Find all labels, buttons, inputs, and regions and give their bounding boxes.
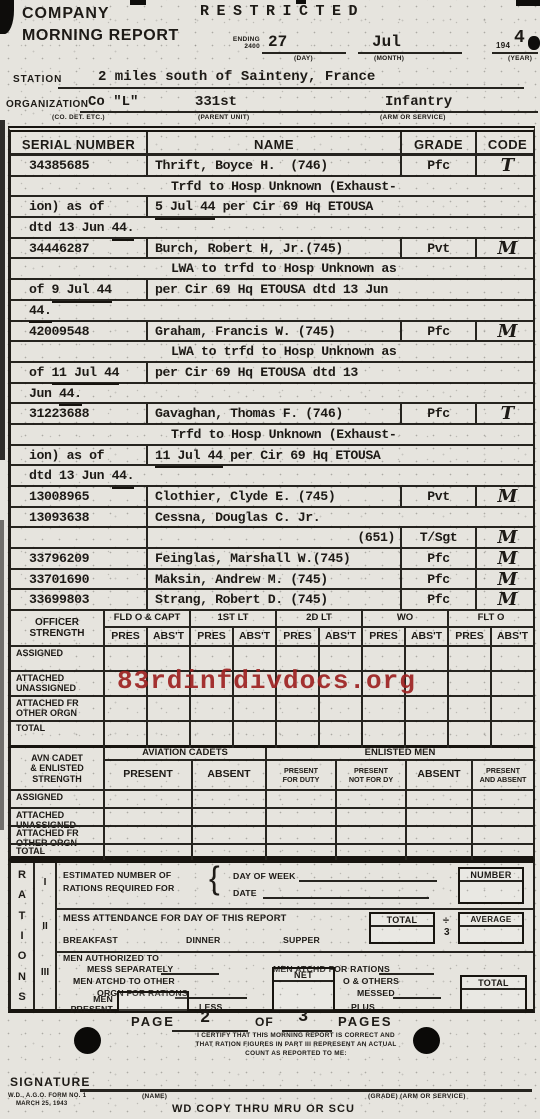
serial-cell: of 9 Jul 44 <box>11 280 146 301</box>
name-cell <box>146 384 400 405</box>
code-cell-handwritten: T <box>475 404 538 425</box>
name-cell: (651) <box>146 528 400 549</box>
mess-total-box-label: TOTAL <box>371 914 433 927</box>
form-number: W.D., A.G.O. FORM NO. 1 <box>8 1093 86 1099</box>
serial-cell: 33701690 <box>11 570 146 591</box>
roster-row: 42009548 Graham, Francis W. (745) Pfc M <box>11 322 533 343</box>
pres-abst-header: ABS'T <box>404 628 447 645</box>
blank-line <box>263 897 429 899</box>
strength-cell <box>447 645 490 670</box>
officer-strength-title: OFFICER STRENGTH <box>11 611 103 645</box>
year-line <box>492 52 538 54</box>
roster-row: 13008965 Clothier, Clyde E. (745) Pvt M <box>11 487 533 508</box>
grade-cell <box>400 384 475 405</box>
roster-row: 34385685 Thrift, Boyce H. (746) Pfc T <box>11 156 533 177</box>
form-title-line2: MORNING REPORT <box>22 27 179 45</box>
day-of-week-label: DAY OF WEEK <box>233 871 296 881</box>
strength-cell <box>405 825 471 843</box>
net-box: NET <box>272 967 335 1012</box>
underlined-date: 44. <box>112 466 135 489</box>
scan-edge-strip <box>0 120 5 460</box>
strength-cell <box>318 720 361 748</box>
brace-glyph: { <box>209 860 220 897</box>
strength-cell <box>405 807 471 825</box>
avn-enlisted-title: AVN CADET & ENLISTED STRENGTH <box>11 748 103 789</box>
serial-cell: ion) as of <box>11 446 146 467</box>
serial-cell: 33796209 <box>11 549 146 570</box>
name-cell: Graham, Francis W. (745) <box>146 322 400 343</box>
officer-group-header: WO <box>361 611 447 628</box>
serial-cell: ion) as of <box>11 197 146 218</box>
pres-abst-header: ABS'T <box>146 628 189 645</box>
grade-cell <box>400 177 475 198</box>
roster-row: ion) as of 5 Jul 44 per Cir 69 Hq ETOUSA <box>11 197 533 218</box>
morning-report-scan: COMPANY MORNING REPORT RESTRICTED ENDING… <box>0 0 540 1119</box>
rations-section: RATIONS I II III ESTIMATED NUMBER OF RAT… <box>8 860 535 1013</box>
name-text: Graham, Francis W. (745) <box>155 324 335 339</box>
code-cell-handwritten <box>475 342 538 363</box>
code-header: CODE <box>475 132 538 157</box>
serial-cell: Jun 44. <box>11 384 146 405</box>
code-cell-handwritten <box>475 508 538 529</box>
grade-arm-caption: (GRADE) (ARM OR SERVICE) <box>368 1093 466 1100</box>
strength-cell <box>103 843 191 860</box>
strength-cell <box>471 807 533 825</box>
signature-label: SIGNATURE <box>10 1075 91 1089</box>
serial-cell: 42009548 <box>11 322 146 343</box>
men-present-box <box>117 991 189 1013</box>
underlined-date: 5 Jul 44 <box>155 197 215 220</box>
strength-cell <box>490 645 533 670</box>
serial-cell <box>11 342 146 363</box>
code-cell-handwritten <box>475 197 538 218</box>
pres-abst-header: ABS'T <box>318 628 361 645</box>
strength-row-label: ASSIGNED <box>11 645 103 670</box>
watermark: 83rdinfdivdocs.org <box>117 666 416 696</box>
of-label: OF <box>255 1015 274 1029</box>
serial-cell: 13008965 <box>11 487 146 508</box>
name-cell: Trfd to Hosp Unknown (Exhaust- <box>146 425 400 446</box>
day-line <box>262 52 346 54</box>
strength-cell <box>335 789 405 807</box>
name-cell: Burch, Robert H, Jr.(745) <box>146 239 400 260</box>
strength-cell <box>103 695 146 720</box>
strength-cell <box>275 720 318 748</box>
officer-group-header: FLD O & CAPT <box>103 611 189 628</box>
men-present-label: MEN PRESENT <box>57 994 113 1014</box>
serial-text: 31223688 <box>29 406 89 421</box>
grade-cell: Pvt <box>400 487 475 508</box>
strength-cell <box>471 825 533 843</box>
organization-arm: Infantry <box>385 94 452 110</box>
grade-cell <box>400 446 475 467</box>
strength-cell <box>361 720 404 748</box>
name-header: NAME <box>146 132 400 157</box>
grade-cell: Pfc <box>400 156 475 177</box>
rations-letter: O <box>18 950 27 962</box>
name-cell: 5 Jul 44 per Cir 69 Hq ETOUSA <box>146 197 400 218</box>
strength-row-label: ATTACHED FR OTHER ORGN <box>11 825 103 843</box>
strength-cell <box>191 789 265 807</box>
part-three-numeral: III <box>35 967 55 978</box>
underlined-date: 44. <box>29 301 52 324</box>
men-atchd-to-other-label: MEN ATCHD TO OTHER <box>73 976 175 986</box>
roster-row: of 9 Jul 44 per Cir 69 Hq ETOUSA dtd 13 … <box>11 280 533 301</box>
signature-line <box>80 1089 532 1092</box>
code-cell-handwritten <box>475 446 538 467</box>
unit-caption: (CO. DET. ETC.) <box>52 114 105 121</box>
grade-cell: Pfc <box>400 322 475 343</box>
serial-cell: dtd 13 Jun 44. <box>11 466 146 487</box>
roster-rows: 34385685 Thrift, Boyce H. (746) Pfc T Tr… <box>11 156 533 611</box>
rations-letter: R <box>18 869 26 881</box>
scan-edge-strip <box>0 520 4 830</box>
serial-cell: 34385685 <box>11 156 146 177</box>
form-date: MARCH 25, 1943 <box>16 1101 68 1107</box>
rations-letter: I <box>20 930 23 942</box>
grade-header: GRADE <box>400 132 475 157</box>
presence-column-header: ABSENT <box>405 761 471 789</box>
part-two-numeral: II <box>35 921 55 932</box>
date-label: DATE <box>233 888 257 898</box>
strength-row-label: ATTACHED UNASSIGNED <box>11 670 103 695</box>
report-day: 27 <box>268 33 287 51</box>
name-cell <box>146 218 400 239</box>
strength-cell <box>490 670 533 695</box>
strength-cell <box>318 695 361 720</box>
divide-sign: ÷ <box>443 915 449 927</box>
strength-cell <box>471 789 533 807</box>
code-cell-handwritten: M <box>475 549 538 570</box>
rations-total-box-label: TOTAL <box>462 977 525 990</box>
scan-edge-blob <box>0 0 14 34</box>
code-cell-handwritten: M <box>475 322 538 343</box>
roster-row: 34446287 Burch, Robert H, Jr.(745) Pvt M <box>11 239 533 260</box>
serial-text: 33701690 <box>29 572 89 587</box>
grade-cell <box>400 342 475 363</box>
grade-cell <box>400 508 475 529</box>
serial-cell: 34446287 <box>11 239 146 260</box>
officer-group-header: 1ST LT <box>189 611 275 628</box>
strength-row-label: ATTACHED FR OTHER ORGN <box>11 695 103 720</box>
name-text: Strang, Robert D. (745) <box>155 592 328 607</box>
roster-row: of 11 Jul 44 per Cir 69 Hq ETOUSA dtd 13 <box>11 363 533 384</box>
mess-attendance-label: MESS ATTENDANCE FOR DAY OF THIS REPORT <box>63 913 287 923</box>
organization-parent-unit: 331st <box>195 94 237 110</box>
year-caption: (YEAR) <box>508 55 532 62</box>
mess-total-box: TOTAL <box>369 912 435 944</box>
strength-cell <box>490 720 533 748</box>
strength-cell <box>189 720 232 748</box>
rations-letter: A <box>18 889 26 901</box>
organization-unit: Co "L" <box>88 94 138 110</box>
serial-text: 42009548 <box>29 324 89 339</box>
code-cell-handwritten <box>475 280 538 301</box>
underlined-date: 11 Jul 44 <box>52 363 120 386</box>
strength-cell <box>490 695 533 720</box>
restricted-classification: RESTRICTED <box>200 3 365 20</box>
strength-cell <box>335 825 405 843</box>
rations-total-box: TOTAL <box>460 975 527 1012</box>
rations-letter: N <box>18 971 26 983</box>
strength-cell <box>405 789 471 807</box>
serial-cell: 44. <box>11 301 146 322</box>
name-cell: per Cir 69 Hq ETOUSA dtd 13 Jun <box>146 280 400 301</box>
pres-abst-header: ABS'T <box>232 628 275 645</box>
roster-row: 33796209 Feinglas, Marshall W.(745) Pfc … <box>11 549 533 570</box>
strength-cell <box>103 807 191 825</box>
name-text-after: per Cir 69 Hq ETOUSA <box>223 448 381 463</box>
roster-row: Trfd to Hosp Unknown (Exhaust- <box>11 177 533 198</box>
avn-group-header: AVIATION CADETS <box>103 748 265 761</box>
presence-column-header: PRESENT <box>103 761 191 789</box>
presence-column-header: ABSENT <box>191 761 265 789</box>
name-text: LWA to trfd to Hosp Unknown as <box>171 344 396 359</box>
roster-row: ion) as of 11 Jul 44 per Cir 69 Hq ETOUS… <box>11 446 533 467</box>
page-total: 3 <box>298 1008 308 1027</box>
ending-2400-label: ENDING 2400 <box>228 36 260 50</box>
name-text: Gavaghan, Thomas F. (746) <box>155 406 343 421</box>
strength-cell <box>146 720 189 748</box>
strength-row-label: TOTAL <box>11 843 103 860</box>
strength-cell <box>335 807 405 825</box>
average-box-label: AVERAGE <box>460 914 522 927</box>
serial-cell <box>11 528 146 549</box>
organization-line <box>80 111 538 113</box>
strength-cell <box>404 720 447 748</box>
grade-cell <box>400 466 475 487</box>
certify-line: I CERTIFY THAT THIS MORNING REPORT IS CO… <box>160 1031 432 1040</box>
code-cell-handwritten <box>475 466 538 487</box>
form-title-line1: COMPANY <box>22 5 110 23</box>
name-text-after: per Cir 69 Hq ETOUSA <box>215 199 373 214</box>
report-year-digit: 4 <box>514 28 525 48</box>
pages-label: PAGES <box>338 1014 393 1029</box>
presence-column-header: PRESENT NOT FOR DY <box>335 761 405 789</box>
roster-row: Trfd to Hosp Unknown (Exhaust- <box>11 425 533 446</box>
name-text: (651) <box>357 530 395 545</box>
serial-text: of <box>29 282 52 297</box>
name-cell: Thrift, Boyce H. (746) <box>146 156 400 177</box>
name-cell: Clothier, Clyde E. (745) <box>146 487 400 508</box>
month-caption: (MONTH) <box>374 55 404 62</box>
divide-by-three: 3 <box>444 927 450 938</box>
code-cell-handwritten: M <box>475 570 538 591</box>
station-value: 2 miles south of Sainteny, France <box>98 69 375 85</box>
code-cell-handwritten <box>475 218 538 239</box>
serial-cell: 33699803 <box>11 590 146 611</box>
serial-cell: dtd 13 Jun 44. <box>11 218 146 239</box>
grade-cell: Pfc <box>400 590 475 611</box>
presence-column-header: PRESENT FOR DUTY <box>265 761 335 789</box>
o-and-others-label: O & OTHERS <box>343 976 399 986</box>
officer-group-header: FLT O <box>447 611 533 628</box>
pres-abst-header: PRES <box>447 628 490 645</box>
name-cell: Cessna, Douglas C. Jr. <box>146 508 400 529</box>
strength-cell <box>191 843 265 860</box>
pres-abst-header: ABS'T <box>490 628 533 645</box>
roster-row: (651) T/Sgt M <box>11 528 533 549</box>
name-text: Burch, Robert H, Jr.(745) <box>155 241 343 256</box>
grade-cell <box>400 425 475 446</box>
name-cell: Maksin, Andrew M. (745) <box>146 570 400 591</box>
parent-unit-caption: (PARENT UNIT) <box>198 114 249 121</box>
serial-text: dtd 13 Jun <box>29 220 112 235</box>
roster-row: dtd 13 Jun 44. <box>11 466 533 487</box>
underlined-date: 44. <box>112 218 135 241</box>
pres-abst-header: PRES <box>361 628 404 645</box>
strength-cell <box>404 695 447 720</box>
breakfast-label: BREAKFAST <box>63 935 118 945</box>
strength-cell <box>103 789 191 807</box>
name-cell: per Cir 69 Hq ETOUSA dtd 13 <box>146 363 400 384</box>
grade-cell <box>400 259 475 280</box>
strength-cell <box>232 720 275 748</box>
code-cell-handwritten <box>475 425 538 446</box>
grade-cell <box>400 197 475 218</box>
serial-cell: 13093638 <box>11 508 146 529</box>
page-number: 2 <box>200 1009 210 1028</box>
strength-cell <box>447 670 490 695</box>
code-cell-handwritten: M <box>475 528 538 549</box>
name-cell <box>146 301 400 322</box>
serial-cell <box>11 425 146 446</box>
strength-row-label: ASSIGNED <box>11 789 103 807</box>
station-line <box>58 87 524 89</box>
strength-cell <box>265 807 335 825</box>
roster-row: dtd 13 Jun 44. <box>11 218 533 239</box>
dinner-label: DINNER <box>186 935 221 945</box>
roster-row: 33699803 Strang, Robert D. (745) Pfc M <box>11 590 533 611</box>
rations-letter: T <box>19 910 26 922</box>
serial-text: 34446287 <box>29 241 89 256</box>
grade-cell <box>400 280 475 301</box>
code-cell-handwritten: M <box>475 239 538 260</box>
underlined-date: 44. <box>59 384 82 407</box>
strength-cell <box>103 825 191 843</box>
station-label: STATION <box>13 74 62 85</box>
serial-text: ion) as of <box>29 199 104 214</box>
certification-text: I CERTIFY THAT THIS MORNING REPORT IS CO… <box>160 1031 432 1058</box>
underlined-date: 11 Jul 44 <box>155 446 223 469</box>
strength-cell <box>232 695 275 720</box>
rations-letter: S <box>18 991 25 1003</box>
strength-cell <box>103 720 146 748</box>
strength-row-label: ATTACHED UNASSIGNED <box>11 807 103 825</box>
strength-cell <box>405 843 471 860</box>
month-line <box>358 52 462 54</box>
scan-speck <box>130 0 146 5</box>
serial-text: 13093638 <box>29 510 89 525</box>
name-text: Maksin, Andrew M. (745) <box>155 572 328 587</box>
name-text: Clothier, Clyde E. (745) <box>155 489 335 504</box>
name-cell: 11 Jul 44 per Cir 69 Hq ETOUSA <box>146 446 400 467</box>
serial-cell: of 11 Jul 44 <box>11 363 146 384</box>
blank-line <box>299 880 437 882</box>
code-cell-handwritten <box>475 363 538 384</box>
strength-cell <box>275 695 318 720</box>
copy-note: WD COPY THRU MRU OR SCU <box>172 1103 355 1115</box>
serial-text: Jun <box>29 386 59 401</box>
avn-group-header: ENLISTED MEN <box>265 748 533 761</box>
name-cell: Feinglas, Marshall W.(745) <box>146 549 400 570</box>
name-text: Trfd to Hosp Unknown (Exhaust- <box>171 179 396 194</box>
code-cell-handwritten: T <box>475 156 538 177</box>
rations-divider <box>55 863 57 1009</box>
strength-cell <box>265 843 335 860</box>
blank-line <box>161 973 219 975</box>
strength-cell <box>471 843 533 860</box>
arm-caption: (ARM OR SERVICE) <box>380 114 446 121</box>
code-cell-handwritten <box>475 259 538 280</box>
net-box-label: NET <box>274 969 333 982</box>
roster-row: 44. <box>11 301 533 322</box>
roster-table: SERIAL NUMBER NAME GRADE CODE 34385685 T… <box>8 126 535 611</box>
report-month: Jul <box>372 33 401 51</box>
name-cell: Gavaghan, Thomas F. (746) <box>146 404 400 425</box>
grade-cell <box>400 301 475 322</box>
strength-cell <box>191 807 265 825</box>
grade-cell: Pfc <box>400 404 475 425</box>
strength-cell <box>361 695 404 720</box>
enlisted-strength-table: AVN CADET & ENLISTED STRENGTH AVIATION C… <box>8 748 535 860</box>
roster-row: LWA to trfd to Hosp Unknown as <box>11 342 533 363</box>
blank-line <box>379 973 434 975</box>
roster-row: 31223688 Gavaghan, Thomas F. (746) Pfc T <box>11 404 533 425</box>
code-cell-handwritten <box>475 384 538 405</box>
presence-column-header: PRESENT AND ABSENT <box>471 761 533 789</box>
grade-cell <box>400 363 475 384</box>
serial-text: of <box>29 365 52 380</box>
page-label: PAGE <box>131 1014 175 1029</box>
code-cell-handwritten <box>475 301 538 322</box>
name-text: Trfd to Hosp Unknown (Exhaust- <box>171 427 396 442</box>
name-text: Cessna, Douglas C. Jr. <box>155 510 320 525</box>
plus-label: PLUS <box>351 1002 375 1012</box>
pres-abst-header: PRES <box>189 628 232 645</box>
roster-row: 33701690 Maksin, Andrew M. (745) Pfc M <box>11 570 533 591</box>
serial-text: 33796209 <box>29 551 89 566</box>
scan-speck <box>528 36 540 50</box>
number-box: NUMBER <box>458 867 524 904</box>
pres-abst-header: PRES <box>103 628 146 645</box>
scan-speck <box>516 0 540 6</box>
punch-hole <box>74 1027 101 1054</box>
code-cell-handwritten: M <box>475 487 538 508</box>
supper-label: SUPPER <box>283 935 320 945</box>
serial-cell: 31223688 <box>11 404 146 425</box>
serial-text: 13008965 <box>29 489 89 504</box>
part-one-numeral: I <box>35 877 55 888</box>
strength-cell <box>265 789 335 807</box>
serial-text: ion) as of <box>29 448 104 463</box>
name-text: Feinglas, Marshall W.(745) <box>155 551 350 566</box>
name-cell: LWA to trfd to Hosp Unknown as <box>146 342 400 363</box>
name-text: Thrift, Boyce H. (746) <box>155 158 328 173</box>
strength-cell <box>447 720 490 748</box>
grade-cell: T/Sgt <box>400 528 475 549</box>
serial-cell <box>11 259 146 280</box>
name-cell: LWA to trfd to Hosp Unknown as <box>146 259 400 280</box>
strength-cell <box>146 695 189 720</box>
grade-cell: Pfc <box>400 549 475 570</box>
name-cell: Strang, Robert D. (745) <box>146 590 400 611</box>
grade-cell: Pvt <box>400 239 475 260</box>
strength-cell <box>189 695 232 720</box>
year-prefix: 194 <box>496 41 510 50</box>
roster-header-row: SERIAL NUMBER NAME GRADE CODE <box>11 132 533 156</box>
day-caption: (DAY) <box>294 55 313 62</box>
